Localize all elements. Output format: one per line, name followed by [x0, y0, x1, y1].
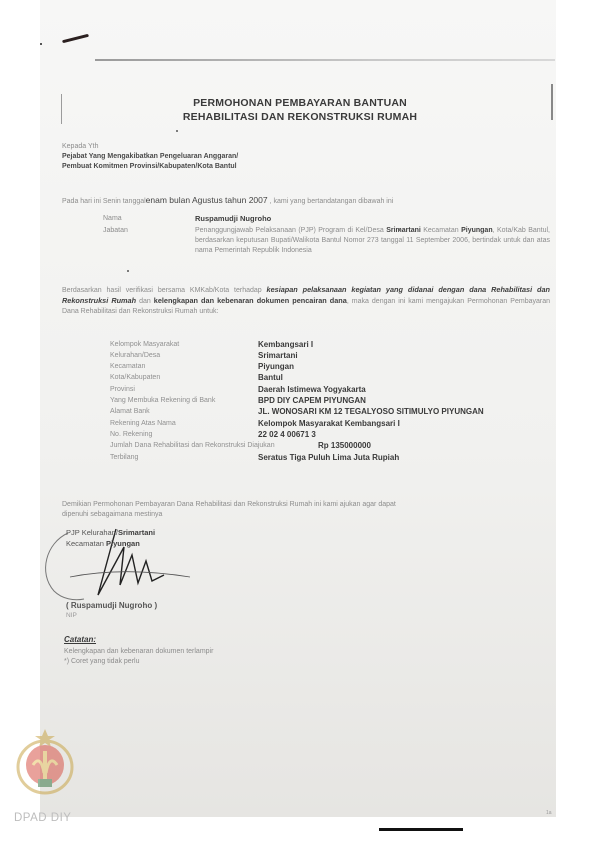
left-margin-rule: [61, 94, 62, 124]
detail-value: Kembangsari I: [258, 340, 313, 349]
detail-label: Kelompok Masyarakat: [110, 341, 179, 348]
position-text: Kecamatan: [421, 227, 461, 234]
addressee-block: Kepada Yth Pejabat Yang Mengakibatkan Pe…: [62, 142, 238, 172]
right-margin-rule: [551, 84, 553, 120]
watermark-label: DPAD DIY: [14, 812, 71, 824]
body-emphasis: kelengkapan dan kebenaran dokumen pencai…: [154, 296, 347, 305]
notes-line-2: *) Coret yang tidak perlu: [64, 657, 139, 667]
name-label: Nama: [103, 214, 122, 224]
date-handwritten: enam bulan Agustus tahun 2007: [146, 195, 268, 205]
detail-label: Jumlah Dana Rehabilitasi dan Rekonstruks…: [110, 442, 275, 449]
date-line: Pada hari ini Senin tanggalenam bulan Ag…: [62, 195, 393, 207]
sig-prefix: PJP Kelurahan/: [66, 528, 118, 537]
signature-title-line-1: PJP Kelurahan/Srimartani: [66, 528, 155, 537]
body-text: dan: [136, 298, 154, 305]
notes-line-1: Kelengkapan dan kebenaran dokumen terlam…: [64, 647, 213, 657]
detail-value: Piyungan: [258, 362, 294, 371]
position-desa: Srimartani: [386, 227, 421, 234]
detail-value: JL. WONOSARI KM 12 TEGALYOSO SITIMULYO P…: [258, 407, 484, 416]
detail-value: BPD DIY CAPEM PIYUNGAN: [258, 396, 366, 405]
closing-statement: Demikian Permohonan Pembayaran Dana Reha…: [62, 500, 396, 520]
scan-speck: [398, 229, 400, 231]
detail-label: Kelurahan/Desa: [110, 352, 160, 359]
signer-name: ( Ruspamudji Nugroho ): [66, 601, 157, 610]
body-paragraph: Berdasarkan hasil verifikasi bersama KMK…: [62, 285, 550, 317]
detail-value: 22 02 4 00671 3: [258, 430, 316, 439]
position-value: Penanggungjawab Pelaksanaan (PJP) Progra…: [195, 226, 550, 256]
sig-kecamatan: Piyungan: [106, 539, 140, 548]
name-value: Ruspamudji Nugroho: [195, 214, 271, 224]
dpad-emblem-icon: [16, 727, 74, 797]
signature-stamp: [40, 525, 210, 605]
detail-label: Kecamatan: [110, 363, 145, 370]
position-label: Jabatan: [103, 226, 128, 236]
nip-label: NIP: [66, 612, 77, 619]
detail-label: Terbilang: [110, 454, 138, 461]
date-prefix: Pada hari ini Senin tanggal: [62, 198, 146, 205]
sig-desa: Srimartani: [118, 528, 155, 537]
detail-value: Kelompok Masyarakat Kembangsari I: [258, 419, 400, 428]
closing-line-1: Demikian Permohonan Pembayaran Dana Reha…: [62, 500, 396, 510]
detail-label: Yang Membuka Rekening di Bank: [110, 397, 215, 404]
addressee-line-1: Pejabat Yang Mengakibatkan Pengeluaran A…: [62, 152, 238, 162]
detail-value: Seratus Tiga Puluh Lima Juta Rupiah: [258, 453, 399, 462]
redaction-bar: [379, 828, 463, 831]
scan-speck: [40, 43, 42, 45]
detail-value: Rp 135000000: [318, 441, 371, 450]
detail-value: Daerah Istimewa Yogyakarta: [258, 385, 366, 394]
document-title: PERMOHONAN PEMBAYARAN BANTUAN REHABILITA…: [150, 96, 450, 124]
addressee-salutation: Kepada Yth: [62, 142, 238, 152]
body-text: Berdasarkan hasil verifikasi bersama KMK…: [62, 287, 267, 294]
page-mark: 1a: [546, 810, 552, 816]
detail-label: Alamat Bank: [110, 408, 150, 415]
position-text: Penanggungjawab Pelaksanaan (PJP) Progra…: [195, 227, 386, 234]
closing-line-2: dipenuhi sebagaimana mestinya: [62, 510, 396, 520]
detail-value: Srimartani: [258, 351, 298, 360]
detail-label: Kota/Kabupaten: [110, 374, 160, 381]
scan-speck: [127, 270, 129, 272]
notes-heading: Catatan:: [64, 635, 96, 644]
title-line-1: PERMOHONAN PEMBAYARAN BANTUAN: [150, 96, 450, 110]
date-suffix: , kami yang bertandatangan dibawah ini: [270, 198, 394, 205]
detail-label: Provinsi: [110, 386, 135, 393]
addressee-line-2: Pembuat Komitmen Provinsi/Kabupaten/Kota…: [62, 162, 238, 172]
scan-speck: [176, 130, 178, 132]
sig-prefix: Kecamatan: [66, 539, 106, 548]
signature-title-line-2: Kecamatan Piyungan: [66, 539, 140, 548]
detail-value: Bantul: [258, 373, 283, 382]
title-line-2: REHABILITASI DAN REKONSTRUKSI RUMAH: [150, 110, 450, 124]
detail-label: No. Rekening: [110, 431, 152, 438]
detail-label: Rekening Atas Nama: [110, 420, 176, 427]
top-rule: [95, 59, 555, 61]
position-kecamatan: Piyungan: [461, 227, 493, 234]
